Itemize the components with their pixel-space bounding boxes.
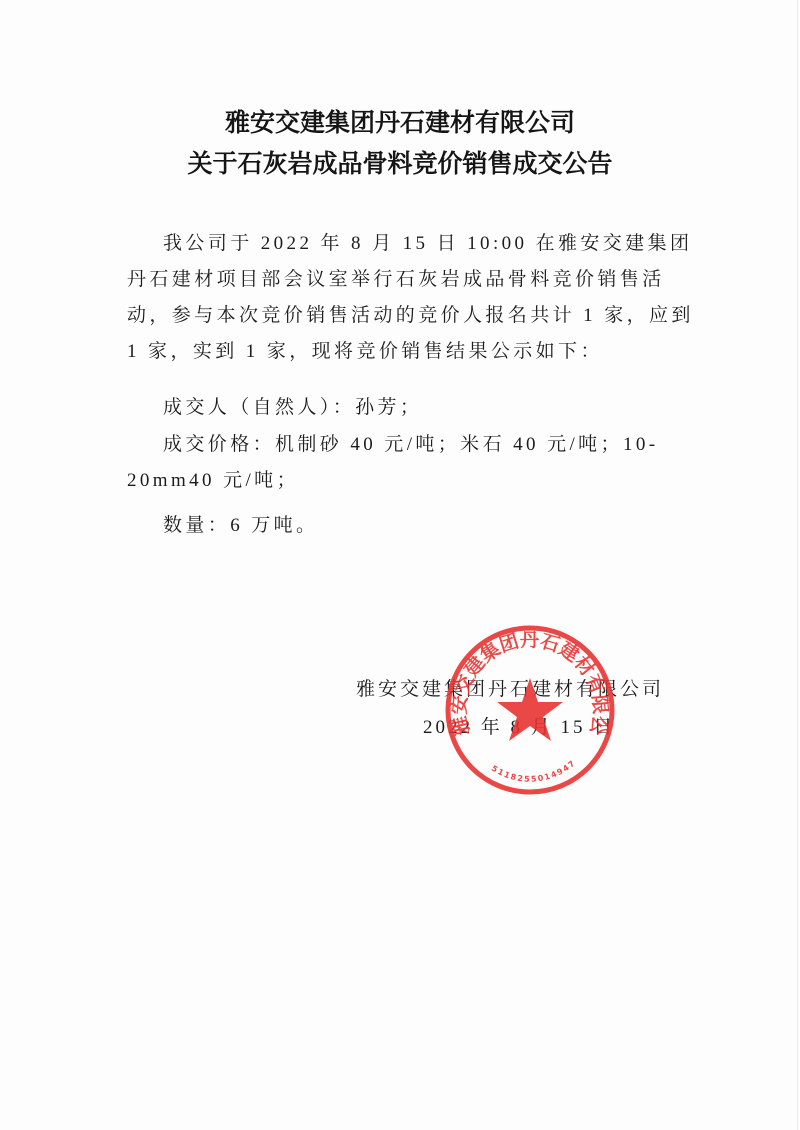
paragraph-quantity: 数量：6 万吨。 [127, 508, 697, 544]
paragraph-intro: 我公司于 2022 年 8 月 15 日 10:00 在雅安交建集团丹石建材项目… [127, 226, 697, 370]
svg-text:5118255014947: 5118255014947 [490, 758, 578, 784]
star-icon [497, 678, 563, 741]
paragraph-quantity-text: 数量：6 万吨。 [163, 515, 318, 536]
paragraph-winner: 成交人（自然人）：孙芳； [127, 390, 697, 426]
title-announcement: 关于石灰岩成品骨料竞价销售成交公告 [0, 144, 800, 180]
document-page: 雅安交建集团丹石建材有限公司 关于石灰岩成品骨料竞价销售成交公告 我公司于 20… [0, 0, 800, 1130]
paragraph-intro-text: 我公司于 2022 年 8 月 15 日 10:00 在雅安交建集团丹石建材项目… [127, 233, 694, 362]
company-seal: 雅安交建集团丹石建材有限公司 5118255014947 [440, 620, 620, 800]
paragraph-price: 成交价格：机制砂 40 元/吨；米石 40 元/吨；10-20mm40 元/吨； [127, 427, 697, 499]
paragraph-winner-text: 成交人（自然人）：孙芳； [163, 397, 422, 418]
seal-number: 5118255014947 [490, 758, 578, 784]
paragraph-price-text: 成交价格：机制砂 40 元/吨；米石 40 元/吨；10-20mm40 元/吨； [127, 434, 659, 491]
title-company: 雅安交建集团丹石建材有限公司 [0, 103, 800, 139]
